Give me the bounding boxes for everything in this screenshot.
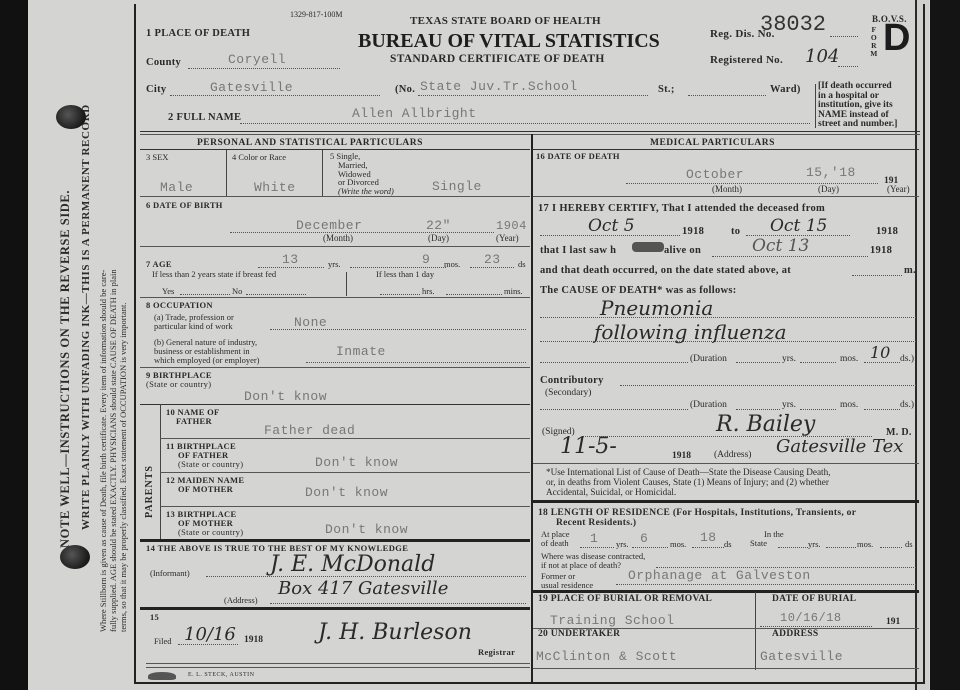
- contributory-duration-label: (Duration: [690, 400, 727, 410]
- margin-instructions: Where Stillborn is given as cause of Dea…: [98, 269, 128, 632]
- death-occurred-text: and that death occurred, on the date sta…: [540, 265, 791, 276]
- mother-birthplace-value: Don't know: [325, 522, 408, 537]
- note-well-text: NOTE WELL—INSTRUCTIONS ON THE REVERSE SI…: [58, 190, 73, 548]
- cause-line-2: following influenza: [594, 320, 787, 344]
- age-ds-unit: ds: [518, 260, 526, 269]
- dob-year-caption: (Year): [496, 233, 519, 243]
- printer-mark: E. L. STECK, AUSTIN: [188, 672, 255, 678]
- alive-on-text: alive on: [664, 245, 701, 256]
- mother-birthplace-label: 13 BIRTHPLACE OF MOTHER (State or countr…: [166, 510, 243, 537]
- father-birthplace-label: 11 BIRTHPLACE OF FATHER (State or countr…: [166, 442, 243, 469]
- residence-years: 1: [590, 531, 598, 546]
- residence-months: 6: [640, 531, 648, 546]
- dob-year: 1904: [496, 219, 527, 233]
- filed-label: Filed: [154, 637, 171, 646]
- state-ds: ds: [905, 540, 913, 549]
- institution-value: State Juv.Tr.School: [420, 79, 578, 94]
- less-day-label: If less than 1 day: [376, 270, 434, 279]
- attended-to-date: Oct 15: [770, 216, 827, 236]
- undertaker-label: 20 UNDERTAKER: [538, 629, 620, 639]
- age-years: 13: [282, 252, 299, 267]
- last-saw-date: Oct 13: [752, 236, 809, 256]
- dod-day: 15,'18: [806, 165, 856, 180]
- street-label: St.;: [658, 84, 675, 95]
- hrs-label: hrs.: [422, 287, 435, 296]
- physician-signature: R. Bailey: [716, 412, 815, 437]
- race-value: White: [254, 180, 296, 195]
- attended-to-year: 1918: [876, 226, 898, 237]
- cause-label: The CAUSE OF DEATH* was as follows:: [540, 285, 737, 296]
- age-months: 9: [422, 252, 430, 267]
- race-label: 4 Color or Race: [232, 153, 286, 162]
- printer-logo-icon: [148, 672, 176, 680]
- dod-month: October: [686, 167, 744, 182]
- breast-fed-label: If less than 2 years state if breast fed: [152, 270, 276, 279]
- state-yrs: yrs.: [808, 540, 821, 549]
- place-of-death-label: 1 PLACE OF DEATH: [146, 28, 250, 39]
- duration-days: 10: [870, 343, 890, 362]
- board-title: TEXAS STATE BOARD OF HEALTH: [410, 15, 601, 27]
- birthplace-label: 9 BIRTHPLACE (State or country): [146, 371, 212, 389]
- undertaker-address-value: Gatesville: [760, 649, 843, 664]
- sign-year: 1918: [672, 451, 691, 461]
- undertaker-address-label: ADDRESS: [772, 629, 818, 639]
- form-letter: D: [883, 18, 910, 58]
- occupation-a-label: (a) Trade, profession or particular kind…: [154, 313, 234, 331]
- registered-label: Registered No.: [710, 54, 783, 66]
- former-residence-value: Orphanage at Galveston: [628, 568, 811, 583]
- mother-label: 12 MAIDEN NAME OF MOTHER: [166, 476, 244, 494]
- dod-year-caption: (Year): [887, 184, 910, 194]
- occupation-a-value: None: [294, 315, 327, 330]
- informant-address: Box 417 Gatesville: [278, 578, 448, 599]
- secondary-label: (Secondary): [545, 388, 591, 398]
- form-code: 1329-817-100M: [290, 10, 342, 19]
- sex-label: 3 SEX: [146, 153, 168, 162]
- duration-yrs: yrs.: [782, 354, 796, 364]
- struck-out-word: [632, 242, 664, 252]
- personal-heading: PERSONAL AND STATISTICAL PARTICULARS: [197, 138, 423, 148]
- dob-day-caption: (Day): [428, 233, 449, 243]
- mins-label: mins.: [504, 287, 523, 296]
- informant-signature: J. E. McDonald: [270, 552, 435, 577]
- contributory-ds: ds.): [900, 400, 914, 410]
- hospital-note: [If death occurred in a hospital or inst…: [818, 82, 897, 130]
- burial-date-value: 10/16/18: [780, 611, 842, 625]
- age-days: 23: [484, 252, 501, 267]
- age-yrs-unit: yrs.: [328, 260, 341, 269]
- dob-month-caption: (Month): [323, 233, 353, 243]
- cause-footnote: *Use International List of Cause of Deat…: [546, 467, 830, 497]
- sex-value: Male: [160, 180, 193, 195]
- birthplace-value: Don't know: [244, 389, 327, 404]
- undertaker-value: McClinton & Scott: [536, 649, 677, 664]
- father-label: 10 NAME OF FATHER: [166, 408, 220, 426]
- full-name-label: 2 FULL NAME: [168, 112, 241, 123]
- burial-place-label: 19 PLACE OF BURIAL OR REMOVAL: [538, 594, 712, 604]
- mother-value: Don't know: [305, 485, 388, 500]
- contributory-yrs: yrs.: [782, 400, 796, 410]
- burial-place-value: Training School: [550, 613, 675, 628]
- attended-from-year: 1918: [682, 226, 704, 237]
- father-birthplace-value: Don't know: [315, 455, 398, 470]
- bureau-title: BUREAU OF VITAL STATISTICS: [358, 30, 660, 53]
- residence-label: 18 LENGTH OF RESIDENCE (For Hospitals, I…: [538, 508, 856, 518]
- dob-month: December: [296, 218, 362, 233]
- dod-label: 16 DATE OF DEATH: [536, 152, 620, 161]
- duration-ds: ds.): [900, 354, 914, 364]
- filed-date: 10/16: [184, 624, 236, 645]
- residence-ds: ds: [724, 540, 732, 549]
- attended-from-date: Oct 5: [588, 216, 635, 236]
- county-label: County: [146, 57, 181, 68]
- dod-day-caption: (Day): [818, 184, 839, 194]
- county-value: Coryell: [228, 52, 286, 67]
- former-residence-label: Former or usual residence: [541, 572, 593, 590]
- unfading-ink-text: WRITE PLAINLY WITH UNFADING INK—THIS IS …: [80, 104, 92, 530]
- filed-year: 1918: [244, 635, 263, 645]
- duration-label: (Duration: [690, 354, 727, 364]
- punch-hole-top: [56, 105, 86, 129]
- ward-label: Ward): [770, 84, 801, 95]
- in-state-label: In the State: [750, 530, 784, 548]
- yes-label: Yes: [162, 287, 174, 296]
- age-mos-unit: mos.: [444, 260, 460, 269]
- occupation-b-label: (b) General nature of industry, business…: [154, 338, 260, 365]
- physician-address-label: (Address): [714, 450, 751, 460]
- marital-label: 5 Single, Married, Widowed or Divorced (…: [330, 152, 394, 196]
- city-label: City: [146, 84, 166, 95]
- last-saw-year: 1918: [870, 245, 892, 256]
- contributory-mos: mos.: [840, 400, 858, 410]
- to-label: to: [731, 226, 740, 237]
- residence-mos: mos.: [670, 540, 686, 549]
- time-suffix: m.: [904, 265, 916, 276]
- dod-month-caption: (Month): [712, 184, 742, 194]
- parents-label: PARENTS: [144, 465, 155, 518]
- residence-label-2: Recent Residents.): [556, 518, 636, 528]
- certify-text: 17 I HEREBY CERTIFY, That I attended the…: [538, 203, 825, 214]
- reg-dis-number: 38032: [760, 12, 826, 37]
- registrar-label: Registrar: [478, 648, 515, 657]
- dob-label: 6 DATE OF BIRTH: [146, 201, 223, 210]
- age-label: 7 AGE: [146, 260, 172, 269]
- city-value: Gatesville: [210, 80, 293, 95]
- residence-yrs: yrs.: [616, 540, 629, 549]
- certificate-sign-date: 11-5-: [560, 434, 617, 459]
- filing-number: 15: [150, 613, 159, 622]
- father-value: Father dead: [264, 423, 355, 438]
- no-label: No: [232, 287, 242, 296]
- residence-days: 18: [700, 530, 717, 545]
- form-label: FORM: [870, 26, 878, 58]
- marital-value: Single: [432, 179, 482, 194]
- contributory-label: Contributory: [540, 375, 604, 386]
- full-name-value: Allen Allbright: [352, 106, 477, 121]
- occupation-label: 8 OCCUPATION: [146, 301, 213, 310]
- state-mos: mos.: [857, 540, 873, 549]
- last-saw-text: that I last saw h: [540, 245, 616, 256]
- informant-address-label: (Address): [224, 596, 258, 605]
- punch-hole-bottom: [60, 545, 90, 569]
- occupation-b-value: Inmate: [336, 344, 386, 359]
- physician-address: Gatesville Tex: [776, 436, 903, 457]
- dob-day: 22": [426, 218, 451, 233]
- registrar-signature: J. H. Burleson: [318, 620, 472, 645]
- registered-number: 104: [805, 46, 839, 67]
- informant-label: (Informant): [150, 569, 190, 578]
- burial-year-prefix: 191: [886, 617, 900, 627]
- at-place-label: At place of death: [541, 530, 570, 548]
- background-edge: [930, 0, 960, 690]
- medical-heading: MEDICAL PARTICULARS: [650, 138, 775, 148]
- certificate-title: STANDARD CERTIFICATE OF DEATH: [390, 53, 605, 65]
- no-label: (No.: [395, 84, 415, 95]
- burial-date-label: DATE OF BURIAL: [772, 594, 856, 604]
- cause-line-1: Pneumonia: [600, 296, 713, 320]
- duration-mos: mos.: [840, 354, 858, 364]
